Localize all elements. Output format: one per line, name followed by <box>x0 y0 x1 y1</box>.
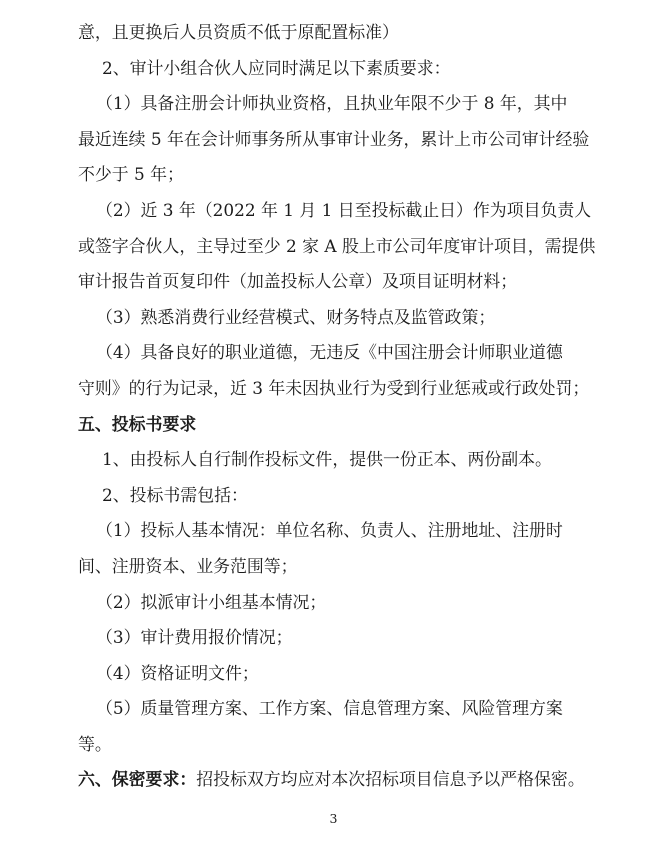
list-item: （4）具备良好的职业道德，无违反《中国注册会计师职业道德 <box>78 335 618 371</box>
section-heading-5: 五、投标书要求 <box>78 407 618 443</box>
document-content: 意，且更换后人员资质不低于原配置标准） 2、审计小组合伙人应同时满足以下素质要求… <box>78 15 618 798</box>
page-footer: 3 <box>0 811 667 826</box>
list-item: （1）投标人基本情况：单位名称、负责人、注册地址、注册时 <box>78 513 618 549</box>
section-heading-6-label: 六、保密要求： <box>78 769 196 789</box>
list-item: （3）熟悉消费行业经营模式、财务特点及监管政策； <box>78 300 618 336</box>
list-item: 2、投标书需包括： <box>78 478 618 514</box>
list-item: （1）具备注册会计师执业资格，且执业年限不少于 8 年，其中 <box>78 86 618 122</box>
list-item: （5）质量管理方案、工作方案、信息管理方案、风险管理方案 <box>78 691 618 727</box>
text-line: 间、注册资本、业务范围等； <box>78 549 618 585</box>
page-number: 3 <box>330 811 338 826</box>
list-item: 1、由投标人自行制作投标文件，提供一份正本、两份副本。 <box>78 442 618 478</box>
text-line: 守则》的行为记录，近 3 年未因执业行为受到行业惩戒或行政处罚； <box>78 371 618 407</box>
list-item: 2、审计小组合伙人应同时满足以下素质要求： <box>78 51 618 87</box>
text-line: 意，且更换后人员资质不低于原配置标准） <box>78 15 618 51</box>
list-item: （2）拟派审计小组基本情况； <box>78 585 618 621</box>
list-item: （3）审计费用报价情况； <box>78 620 618 656</box>
text-line: 审计报告首页复印件（加盖投标人公章）及项目证明材料； <box>78 264 618 300</box>
section-heading-6-text: 招投标双方均应对本次招标项目信息予以严格保密。 <box>196 769 584 789</box>
text-line: 不少于 5 年； <box>78 157 618 193</box>
list-item: （2）近 3 年（2022 年 1 月 1 日至投标截止日）作为项目负责人 <box>78 193 618 229</box>
text-line: 或签字合伙人，主导过至少 2 家 A 股上市公司年度审计项目，需提供 <box>78 229 618 265</box>
list-item: （4）资格证明文件； <box>78 656 618 692</box>
text-line: 等。 <box>78 727 618 763</box>
text-line: 最近连续 5 年在会计师事务所从事审计业务，累计上市公司审计经验 <box>78 122 618 158</box>
section-heading-6: 六、保密要求：招投标双方均应对本次招标项目信息予以严格保密。 <box>78 762 618 798</box>
document-page: 意，且更换后人员资质不低于原配置标准） 2、审计小组合伙人应同时满足以下素质要求… <box>0 0 667 843</box>
